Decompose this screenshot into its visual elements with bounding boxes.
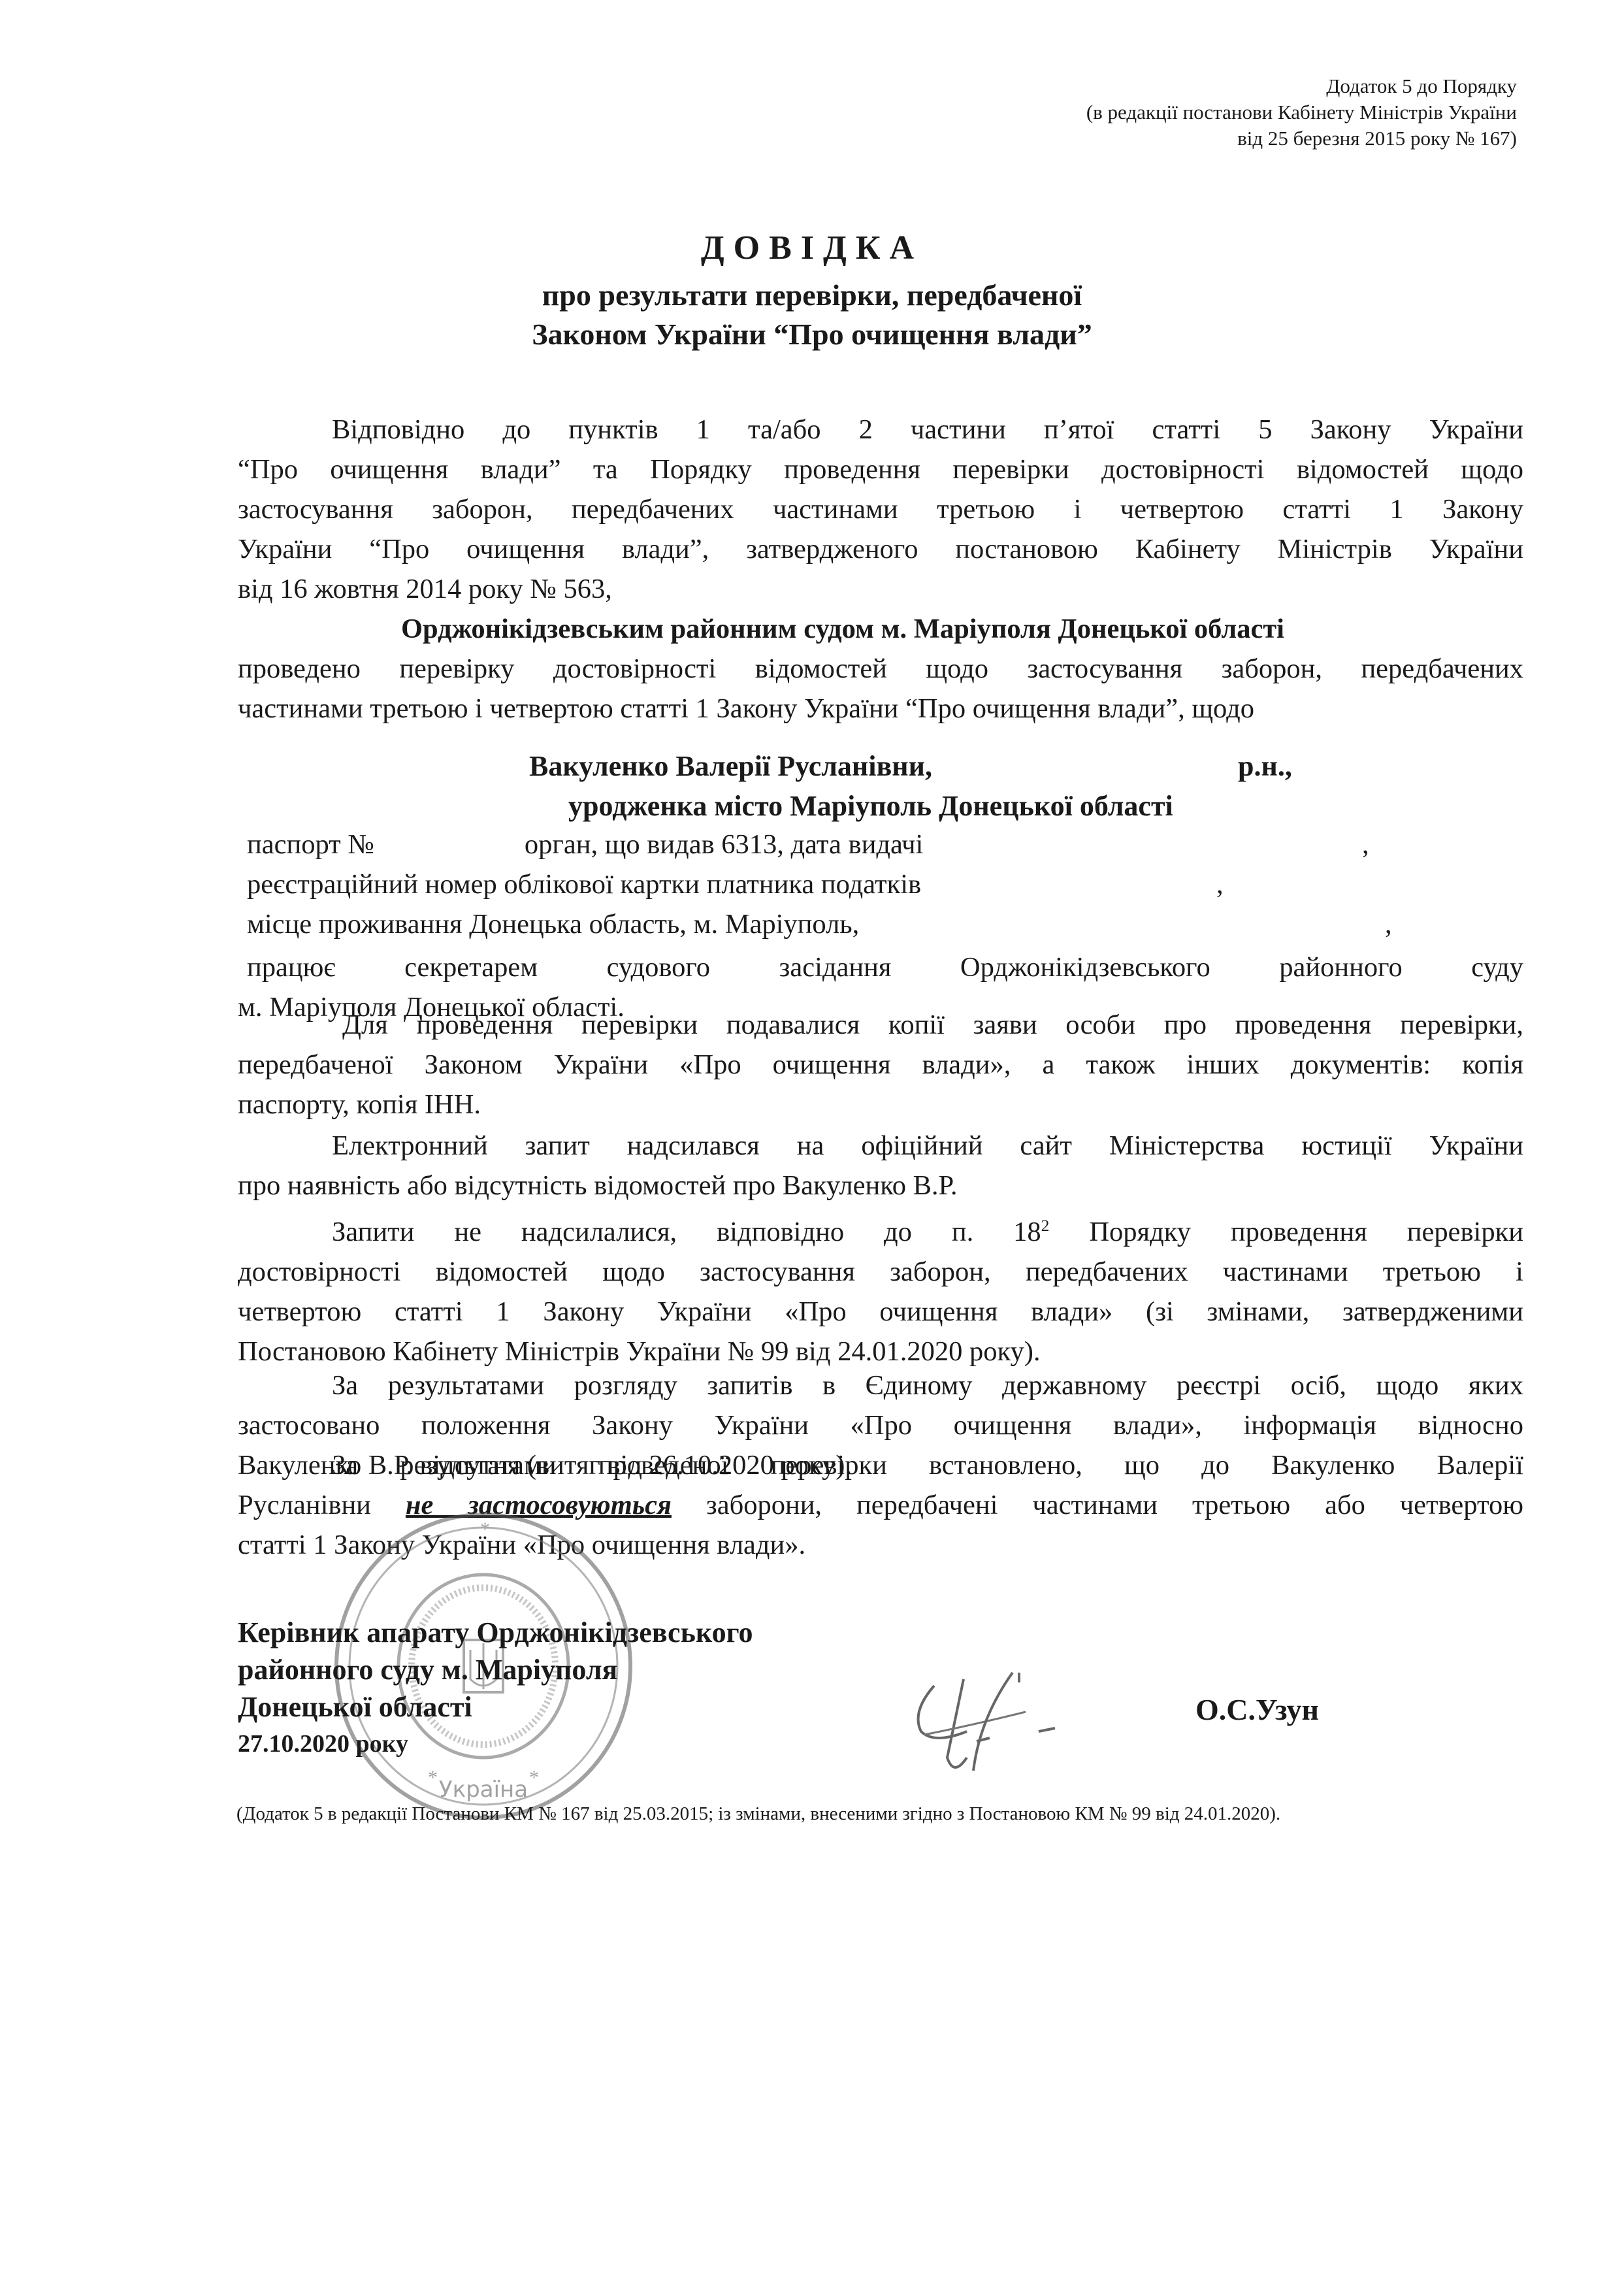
text-line: четвертою статті 1 Закону України «Про о… xyxy=(238,1292,1523,1332)
signer-position: Донецької області xyxy=(238,1688,753,1726)
text-line: України “Про очищення влади”, затверджен… xyxy=(238,529,1523,569)
text-line: Відповідно до пунктів 1 та/або 2 частини… xyxy=(238,410,1523,450)
text-line: Для проведення перевірки подавалися копі… xyxy=(238,1005,1523,1045)
passport-label: паспорт № xyxy=(247,829,374,860)
text-fragment: Запити не надсилалися, відповідно до п. … xyxy=(332,1217,1041,1247)
text-line: За результатами розгляду запитів в Єдино… xyxy=(238,1366,1523,1405)
tax-number-label: реєстраційний номер облікової картки пла… xyxy=(247,868,921,900)
redacted-comma: , xyxy=(1385,908,1392,940)
documents-paragraph: Для проведення перевірки подавалися копі… xyxy=(238,1005,1523,1124)
signature-block: Керівник апарату Орджонікідзевського рай… xyxy=(238,1614,753,1763)
text-line: від 16 жовтня 2014 року № 563, xyxy=(238,569,1523,609)
svg-text:*: * xyxy=(529,1767,539,1788)
text-line: про наявність або відсутність відомостей… xyxy=(238,1166,1523,1205)
text-line: проведено перевірку достовірності відомо… xyxy=(238,649,1523,689)
text-line: працює секретарем судового засідання Орд… xyxy=(247,947,1523,987)
appendix-note: Додаток 5 до Порядку (в редакції постано… xyxy=(1086,73,1517,152)
appendix-note-line: (в редакції постанови Кабінету Міністрів… xyxy=(1086,99,1517,125)
document-subtitle: про результати перевірки, передбаченої xyxy=(0,278,1624,312)
signer-name: О.С.Узун xyxy=(1195,1692,1319,1727)
text-line: За результатами проведеної перевірки вст… xyxy=(238,1445,1523,1485)
electronic-request-paragraph: Електронний запит надсилався на офіційни… xyxy=(238,1126,1523,1205)
text-line: “Про очищення влади” та Порядку проведен… xyxy=(238,450,1523,489)
appendix-note-line: від 25 березня 2015 року № 167) xyxy=(1086,125,1517,152)
passport-issuer: орган, що видав 6313, дата видачі xyxy=(525,829,923,860)
handwritten-signature-icon xyxy=(908,1660,1078,1790)
text-line: паспорту, копія ІНН. xyxy=(238,1085,1523,1124)
footnote: (Додаток 5 в редакції Постанови КМ № 167… xyxy=(236,1803,1280,1825)
text-line: достовірності відомостей щодо застосуван… xyxy=(238,1252,1523,1292)
passport-line: паспорт № орган, що видав 6313, дата вид… xyxy=(247,828,923,860)
svg-text:*: * xyxy=(428,1767,438,1788)
text-fragment: заборони, передбачені частинами третьою … xyxy=(672,1490,1523,1520)
residence-line: місце проживання Донецька область, м. Ма… xyxy=(247,908,859,940)
text-line: передбаченої Законом України «Про очищен… xyxy=(238,1045,1523,1085)
birth-year-suffix: р.н., xyxy=(1238,749,1292,783)
svg-text:*: * xyxy=(480,1518,490,1540)
document-title: ДОВІДКА xyxy=(0,229,1624,267)
text-line: застосування заборон, передбачених части… xyxy=(238,489,1523,529)
redacted-comma: , xyxy=(1362,828,1369,860)
requests-paragraph: Запити не надсилалися, відповідно до п. … xyxy=(238,1205,1523,1371)
redacted-passport-number xyxy=(374,828,525,860)
redacted-comma: , xyxy=(1216,868,1224,900)
superscript: 2 xyxy=(1041,1216,1050,1235)
stamp-text: Україна xyxy=(439,1777,528,1803)
court-name: Орджонікідзевським районним судом м. Мар… xyxy=(238,609,1523,649)
person-birthplace: уродженка місто Маріуполь Донецької обла… xyxy=(568,789,1173,823)
text-line: Електронний запит надсилався на офіційни… xyxy=(238,1126,1523,1166)
intro-paragraph: Відповідно до пунктів 1 та/або 2 частини… xyxy=(238,410,1523,729)
person-name: Вакуленко Валерії Русланівни, xyxy=(529,749,932,783)
text-line: застосовано положення Закону України «Пр… xyxy=(238,1405,1523,1445)
text-fragment: Порядку проведення перевірки xyxy=(1049,1217,1523,1247)
signer-position: районного суду м. Маріуполя xyxy=(238,1651,753,1688)
signature-date: 27.10.2020 року xyxy=(238,1726,753,1763)
signer-position: Керівник апарату Орджонікідзевського xyxy=(238,1614,753,1651)
document-subtitle: Законом України “Про очищення влади” xyxy=(0,317,1624,352)
text-line: частинами третьою і четвертою статті 1 З… xyxy=(238,689,1523,729)
appendix-note-line: Додаток 5 до Порядку xyxy=(1086,73,1517,99)
text-line: Запити не надсилалися, відповідно до п. … xyxy=(238,1205,1523,1252)
